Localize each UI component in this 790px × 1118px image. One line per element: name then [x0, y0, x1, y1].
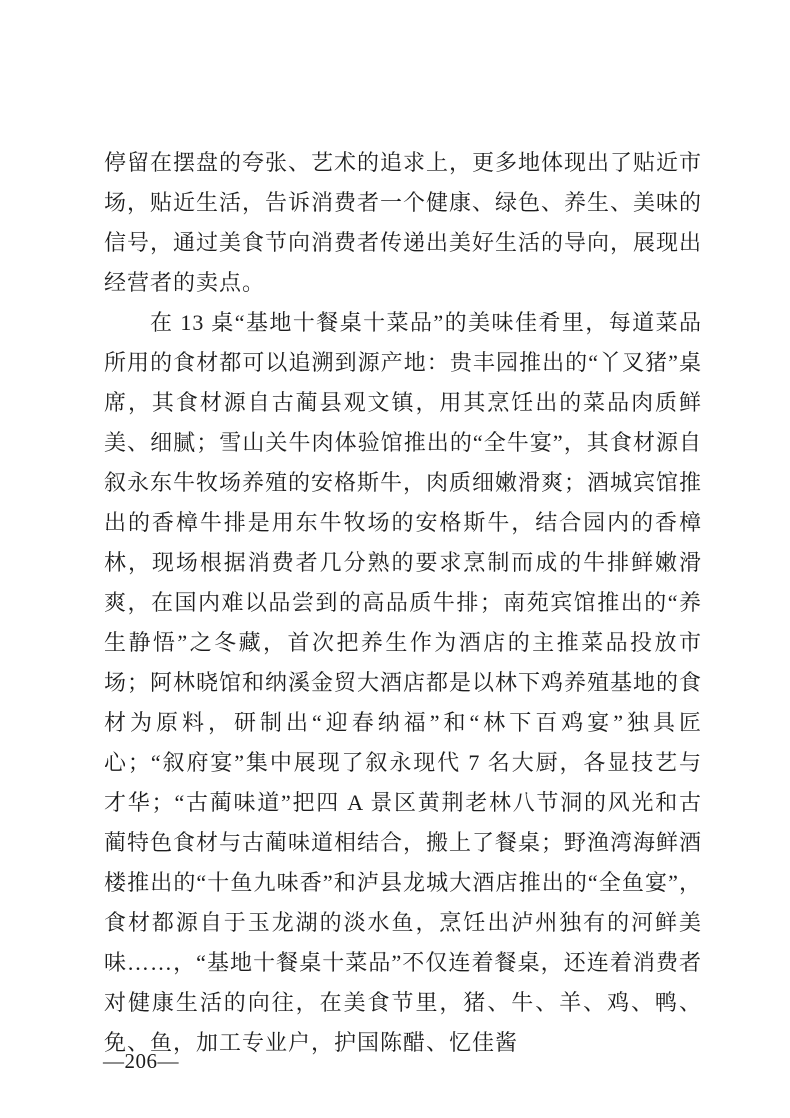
paragraph-main: 在 13 桌“基地十餐桌十菜品”的美味佳肴里，每道菜品所用的食材都可以追溯到源产… [104, 303, 702, 1063]
paragraph-continuation: 停留在摆盘的夸张、艺术的追求上，更多地体现出了贴近市场，贴近生活，告诉消费者一个… [104, 143, 702, 303]
body-text: 停留在摆盘的夸张、艺术的追求上，更多地体现出了贴近市场，贴近生活，告诉消费者一个… [104, 143, 702, 1063]
page-number: —206— [103, 1046, 179, 1076]
document-page: 停留在摆盘的夸张、艺术的追求上，更多地体现出了贴近市场，贴近生活，告诉消费者一个… [0, 0, 790, 1118]
